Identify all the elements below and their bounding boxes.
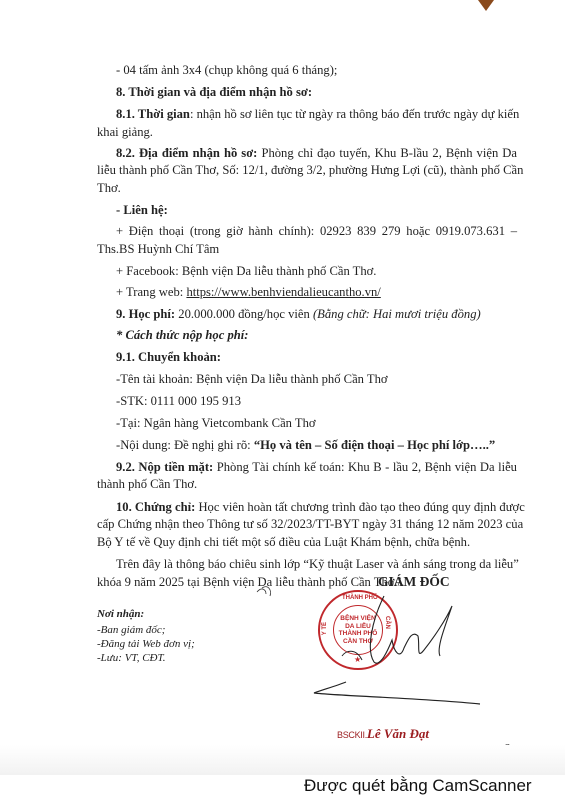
- scan-shadow: [0, 745, 565, 775]
- stamp-line: BỆNH VIỆN: [340, 615, 375, 623]
- contact-website: + Trang web: https://www.benhviendalieuc…: [116, 285, 536, 300]
- account-name: -Tên tài khoản: Bệnh viện Da liễu thành …: [116, 372, 536, 387]
- recipients-title: Nơi nhận:: [97, 607, 144, 621]
- section-9-2-cont: thành phố Cần Thơ.: [97, 477, 517, 492]
- section-9-fee: 9. Học phí: 20.000.000 đồng/học viên (Bằ…: [116, 307, 536, 322]
- section-10-end: Bộ Y tế về Quy định chi tiết một số điều…: [97, 535, 517, 550]
- contact-person: Ths.BS Huỳnh Chí Tâm: [97, 242, 517, 257]
- recipient-item: -Đăng tải Web đơn vị;: [97, 637, 195, 651]
- contact-heading: - Liên hệ:: [116, 203, 536, 218]
- transfer-content: -Nội dung: Đề nghị ghi rõ: “Họ và tên – …: [116, 438, 536, 453]
- signer-name: BSCKII.Lê Văn Đạt: [337, 726, 429, 742]
- website-link[interactable]: https://www.benhviendalieucantho.vn/: [186, 285, 380, 299]
- section-8-2: 8.2. Địa điểm nhận hồ sơ: Phòng chỉ đạo …: [116, 146, 517, 161]
- recipient-item: -Ban giám đốc;: [97, 623, 165, 637]
- corner-mark: [478, 0, 494, 11]
- payment-method-heading: * Cách thức nộp học phí:: [116, 328, 536, 343]
- section-9-1-heading: 9.1. Chuyển khoản:: [116, 350, 536, 365]
- contact-phone: + Điện thoại (trong giờ hành chính): 029…: [116, 224, 517, 239]
- section-8-1: 8.1. Thời gian: nhận hồ sơ liên tục từ n…: [116, 107, 517, 122]
- official-stamp: THÀNH PHỐ Y TẾ CẦN BỆNH VIỆN DA LIỄU THÀ…: [318, 590, 398, 670]
- section-10-cont: cấp Chứng nhận theo Thông tư số 32/2023/…: [97, 517, 517, 532]
- item-photos: - 04 tấm ảnh 3x4 (chụp không quá 6 tháng…: [116, 63, 536, 78]
- stamp-line: DA LIỄU: [345, 623, 371, 631]
- document-page: - 04 tấm ảnh 3x4 (chụp không quá 6 tháng…: [0, 0, 555, 775]
- closing-paragraph-cont: khóa 9 năm 2025 tại Bệnh viện Da liễu th…: [97, 575, 517, 590]
- account-number: -STK: 0111 000 195 913: [116, 394, 536, 409]
- closing-paragraph: Trên đây là thông báo chiêu sinh lớp “Kỹ…: [116, 557, 517, 572]
- stamp-ring-left: Y TẾ: [322, 622, 328, 635]
- contact-facebook: + Facebook: Bệnh viện Da liễu thành phố …: [116, 264, 536, 279]
- stamp-line: CẦN THƠ: [343, 638, 373, 646]
- signer-position: GIÁM ĐỐC: [378, 574, 450, 590]
- section-8-heading: 8. Thời gian và địa điểm nhận hồ sơ:: [116, 85, 536, 100]
- stamp-ring-top: THÀNH PHỐ: [342, 595, 378, 601]
- stamp-line: THÀNH PHỐ: [339, 630, 378, 638]
- stamp-star-icon: ★: [354, 655, 361, 664]
- recipient-item: -Lưu: VT, CĐT.: [97, 651, 166, 665]
- stamp-center: BỆNH VIỆN DA LIỄU THÀNH PHỐ CẦN THƠ: [333, 605, 383, 655]
- scanner-watermark: Được quét bằng CamScanner: [304, 776, 532, 796]
- section-8-2-cont: liễu thành phố Cần Thơ, Số: 12/1, đường …: [97, 163, 517, 178]
- section-10: 10. Chứng chỉ: Học viên hoàn tất chương …: [116, 500, 517, 515]
- section-9-2: 9.2. Nộp tiền mặt: Phòng Tài chính kế to…: [116, 460, 517, 475]
- section-8-2-end: Thơ.: [97, 181, 517, 196]
- stamp-ring-right: CẦN: [384, 616, 390, 629]
- bank-name: -Tại: Ngân hàng Vietcombank Cần Thơ: [116, 416, 536, 431]
- section-8-1-cont: khai giảng.: [97, 125, 517, 140]
